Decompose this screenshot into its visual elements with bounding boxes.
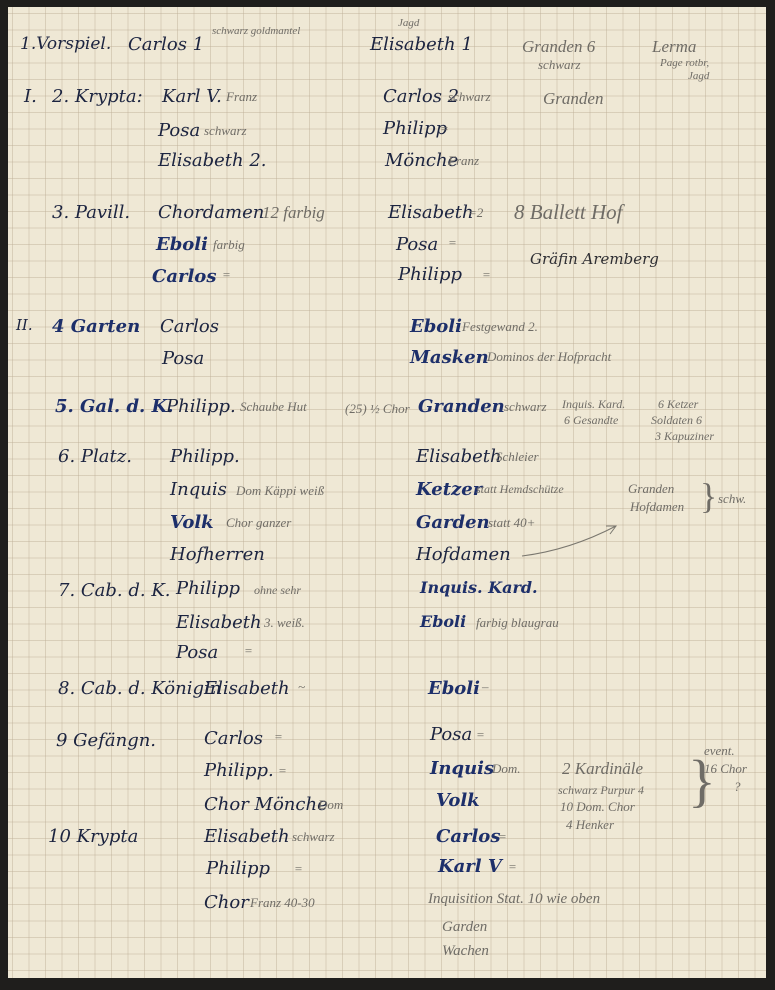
scene-3-left-2-note: = bbox=[222, 268, 231, 281]
scene-4-right-0-note: Festgewand 2. bbox=[462, 320, 538, 333]
scene-1-label: 1.Vorspiel. bbox=[20, 36, 111, 53]
scene-8-left-0-name: Elisabeth bbox=[204, 680, 290, 698]
scene-6-right-3-name: Hofdamen bbox=[416, 546, 511, 564]
scene-4-label: 4 Garten bbox=[52, 318, 140, 336]
scene-9-right-0-name: Posa bbox=[430, 726, 472, 744]
scene-1-extra-lerma: Lerma bbox=[652, 38, 696, 55]
scene-9-left-1-note: = bbox=[278, 764, 287, 777]
scene-1-extra-schwarz: schwarz bbox=[538, 58, 581, 71]
scene-2-extra-granden: Granden bbox=[543, 90, 603, 107]
scene-1-left-note: schwarz goldmantel bbox=[212, 25, 302, 37]
brace-icon: } bbox=[700, 478, 717, 514]
scene-3-right-1-note: = bbox=[448, 236, 457, 249]
scene-3-right-0-name: Elisabeth bbox=[388, 204, 474, 222]
scene-7-left-0-name: Philipp bbox=[176, 580, 240, 598]
scene-10-left-1-name: Philipp bbox=[206, 860, 270, 878]
scene-3-extra-ballett: 8 Ballett Hof bbox=[514, 202, 623, 223]
scene-5-left-0-name: Philipp. bbox=[166, 398, 236, 416]
scene-6-extra-hofdamen: Hofdamen bbox=[630, 500, 684, 513]
scene-6-left-2-name: Volk bbox=[170, 514, 214, 532]
scene-4-left-1-name: Posa bbox=[162, 350, 204, 368]
scene-10-left-2-note: Franz 40-30 bbox=[250, 896, 315, 909]
scene-2-left-2-name: Elisabeth 2. bbox=[158, 152, 267, 170]
scene-5-middle-note: (25) ½ Chor bbox=[345, 402, 410, 415]
scene-9-extra-purpur: schwarz Purpur 4 bbox=[558, 784, 644, 796]
scene-8-left-0-note: ~ bbox=[298, 680, 305, 693]
scene-6-right-0-name: Elisabeth bbox=[416, 448, 502, 466]
scene-7-left-2-name: Posa bbox=[176, 644, 218, 662]
scene-10-extra-inquisition: Inquisition Stat. 10 wie oben bbox=[428, 892, 600, 907]
scene-6-left-0-name: Philipp. bbox=[170, 448, 240, 466]
scene-6-right-2-name: Garden bbox=[416, 514, 490, 532]
scene-2-left-1-name: Posa bbox=[158, 122, 200, 140]
scene-10-left-2-name: Chor bbox=[204, 894, 249, 912]
scene-5-extra-gesandte: 6 Gesandte bbox=[564, 414, 618, 426]
scene-9-right-0-note: = bbox=[476, 728, 485, 741]
scene-9-left-2-note: Dom bbox=[318, 798, 343, 811]
scene-7-right-1-note: farbig blaugrau bbox=[476, 616, 559, 629]
scene-6-label: 6. Platz. bbox=[58, 448, 132, 466]
scene-9-extra-question: ? bbox=[734, 780, 741, 793]
scene-10-right-0-name: Carlos bbox=[436, 828, 500, 846]
scene-7-left-2-note: = bbox=[244, 644, 253, 657]
scene-9-extra-domchor: 10 Dom. Chor bbox=[560, 800, 635, 813]
scene-10-right-1-name: Karl V bbox=[438, 858, 502, 876]
scene-1-right-note: Jagd bbox=[398, 18, 419, 29]
scene-5-extra-inquis: Inquis. Kard. bbox=[562, 398, 625, 410]
scene-5-left-0-note: Schaube Hut bbox=[240, 400, 307, 413]
scene-9-right-1-name: Inquis bbox=[430, 760, 494, 778]
scene-10-right-0-note: = bbox=[498, 830, 507, 843]
scene-1-left-name: Carlos 1 bbox=[128, 36, 204, 54]
scene-5-label: 5. Gal. d. K. bbox=[55, 398, 174, 416]
scene-9-right-2-name: Volk bbox=[436, 792, 480, 810]
scene-1-extra-jagd: Jagd bbox=[688, 71, 709, 82]
scene-6-right-1-note: statt Hemdschütze bbox=[476, 483, 564, 495]
scene-6-extra-schw: schw. bbox=[718, 492, 746, 505]
scene-6-left-1-name: Inquis bbox=[170, 481, 227, 499]
scene-3-right-0-note: =2 bbox=[468, 206, 483, 219]
scene-9-left-0-name: Carlos bbox=[204, 730, 263, 748]
scene-3-left-1-note: farbig bbox=[213, 238, 245, 251]
scene-6-left-3-name: Hofherren bbox=[170, 546, 265, 564]
scene-2-label: 2. Krypta: bbox=[52, 88, 143, 106]
scene-2-left-0-note: Franz bbox=[226, 90, 257, 103]
scene-7-right-0-name: Inquis. Kard. bbox=[420, 580, 538, 596]
scene-2-right-1-note: = bbox=[440, 122, 449, 135]
scene-1-right-name: Elisabeth 1 bbox=[370, 36, 473, 54]
scene-6-right-0-note: Schleier bbox=[496, 450, 539, 463]
scene-3-left-2-name: Carlos bbox=[152, 268, 216, 286]
scene-9-left-1-name: Philipp. bbox=[204, 762, 274, 780]
scene-6-extra-granden: Granden bbox=[628, 482, 674, 495]
scene-7-left-1-note: 3. weiß. bbox=[264, 616, 305, 629]
act-1-marker: I. bbox=[24, 88, 37, 106]
scene-5-extra-kapuziner: 3 Kapuziner bbox=[655, 430, 714, 442]
scene-6-left-2-note: Chor ganzer bbox=[226, 516, 291, 529]
scene-9-right-1-note: Dom. bbox=[492, 762, 521, 775]
scene-7-left-1-name: Elisabeth bbox=[176, 614, 262, 632]
scene-9-label: 9 Gefängn. bbox=[56, 732, 156, 750]
scene-9-left-0-note: = bbox=[274, 730, 283, 743]
scene-10-left-0-note: schwarz bbox=[292, 830, 335, 843]
scene-10-right-1-note: = bbox=[508, 860, 517, 873]
scene-7-label: 7. Cab. d. K. bbox=[58, 582, 171, 600]
scene-2-right-0-note: schwarz bbox=[448, 90, 491, 103]
scene-6-right-1-name: Ketzer bbox=[416, 481, 482, 499]
scene-5-right-0-note: schwarz bbox=[504, 400, 547, 413]
scene-3-left-0-note: 12 farbig bbox=[262, 204, 325, 221]
scene-10-left-0-name: Elisabeth bbox=[204, 828, 290, 846]
scene-8-right-0-name: Eboli bbox=[428, 680, 480, 698]
scene-5-right-0-name: Granden bbox=[418, 398, 505, 416]
scene-8-right-0-note: – bbox=[482, 680, 489, 693]
scene-4-left-0-name: Carlos bbox=[160, 318, 219, 336]
scene-2-right-1-name: Philipp bbox=[383, 120, 447, 138]
scene-1-extra-page: Page rotbr, bbox=[660, 58, 709, 69]
scene-3-label: 3. Pavill. bbox=[52, 204, 130, 222]
scene-9-extra-event: event. bbox=[704, 744, 735, 757]
scene-5-extra-soldaten: Soldaten 6 bbox=[651, 414, 702, 426]
scene-10-extra-wachen: Wachen bbox=[442, 944, 489, 959]
scene-3-extra-graefin: Gräfin Aremberg bbox=[530, 252, 659, 267]
scene-3-left-1-name: Eboli bbox=[156, 236, 208, 254]
scene-7-left-0-note: ohne sehr bbox=[254, 584, 301, 596]
scene-10-label: 10 Krypta bbox=[48, 828, 138, 846]
scene-3-right-2-note: = bbox=[482, 268, 491, 281]
scene-1-extra-granden: Granden 6 bbox=[522, 38, 595, 55]
scene-3-left-0-name: Chordamen bbox=[158, 204, 264, 222]
scene-9-extra-16chor: 16 Chor bbox=[704, 762, 747, 775]
scene-10-extra-garden: Garden bbox=[442, 920, 487, 935]
scene-2-left-1-note: schwarz bbox=[204, 124, 247, 137]
scene-9-extra-henker: 4 Henker bbox=[566, 818, 614, 831]
scene-4-right-0-name: Eboli bbox=[410, 318, 462, 336]
scene-6-left-1-note: Dom Käppi weiß bbox=[236, 484, 324, 497]
scene-10-left-1-note: = bbox=[294, 862, 303, 875]
scene-4-right-1-note: Dominos der Hofpracht bbox=[487, 350, 611, 363]
scene-8-label: 8. Cab. d. Königin bbox=[58, 680, 221, 698]
scene-4-right-1-name: Masken bbox=[410, 349, 489, 367]
scene-2-left-0-name: Karl V. bbox=[162, 88, 222, 106]
scene-3-right-1-name: Posa bbox=[396, 236, 438, 254]
scene-9-left-2-name: Chor Mönche bbox=[204, 796, 328, 814]
act-2-marker: II. bbox=[16, 318, 33, 333]
arrow-icon bbox=[520, 520, 620, 560]
scene-9-extra-kardinaele: 2 Kardinäle bbox=[562, 760, 643, 777]
scene-5-extra-ketzer: 6 Ketzer bbox=[658, 398, 698, 410]
scene-7-right-1-name: Eboli bbox=[420, 614, 466, 630]
scene-3-right-2-name: Philipp bbox=[398, 266, 462, 284]
scene-2-right-2-note: Franz bbox=[448, 154, 479, 167]
